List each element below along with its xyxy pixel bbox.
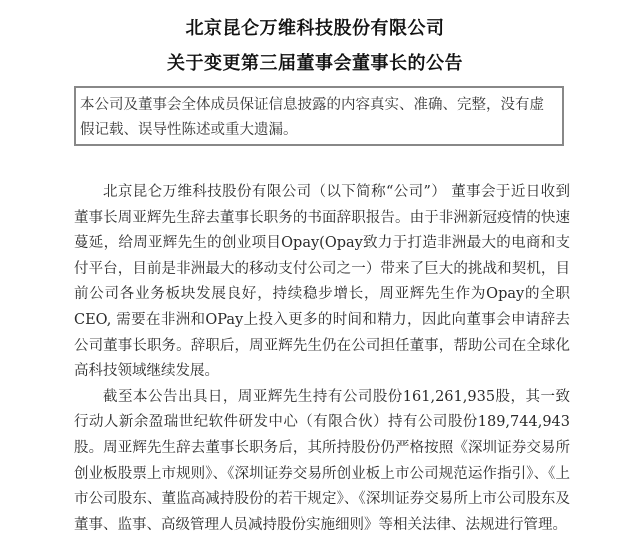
company-title: 北京昆仑万维科技股份有限公司 <box>0 14 630 40</box>
announcement-title: 关于变更第三届董事会董事长的公告 <box>0 49 630 75</box>
announcement-body: 北京昆仑万维科技股份有限公司（以下简称“公司”） 董事会于近日收到董事长周亚辉先… <box>74 180 570 538</box>
paragraph-shareholding: 截至本公告出具日，周亚辉先生持有公司股份161,261,935股，其一致行动人新… <box>74 385 570 539</box>
disclaimer-text: 本公司及董事会全体成员保证信息披露的内容真实、准确、完整，没有虚假记载、误导性陈… <box>80 97 544 138</box>
disclaimer-box: 本公司及董事会全体成员保证信息披露的内容真实、准确、完整，没有虚假记载、误导性陈… <box>74 86 564 146</box>
paragraph-resignation: 北京昆仑万维科技股份有限公司（以下简称“公司”） 董事会于近日收到董事长周亚辉先… <box>74 180 570 385</box>
